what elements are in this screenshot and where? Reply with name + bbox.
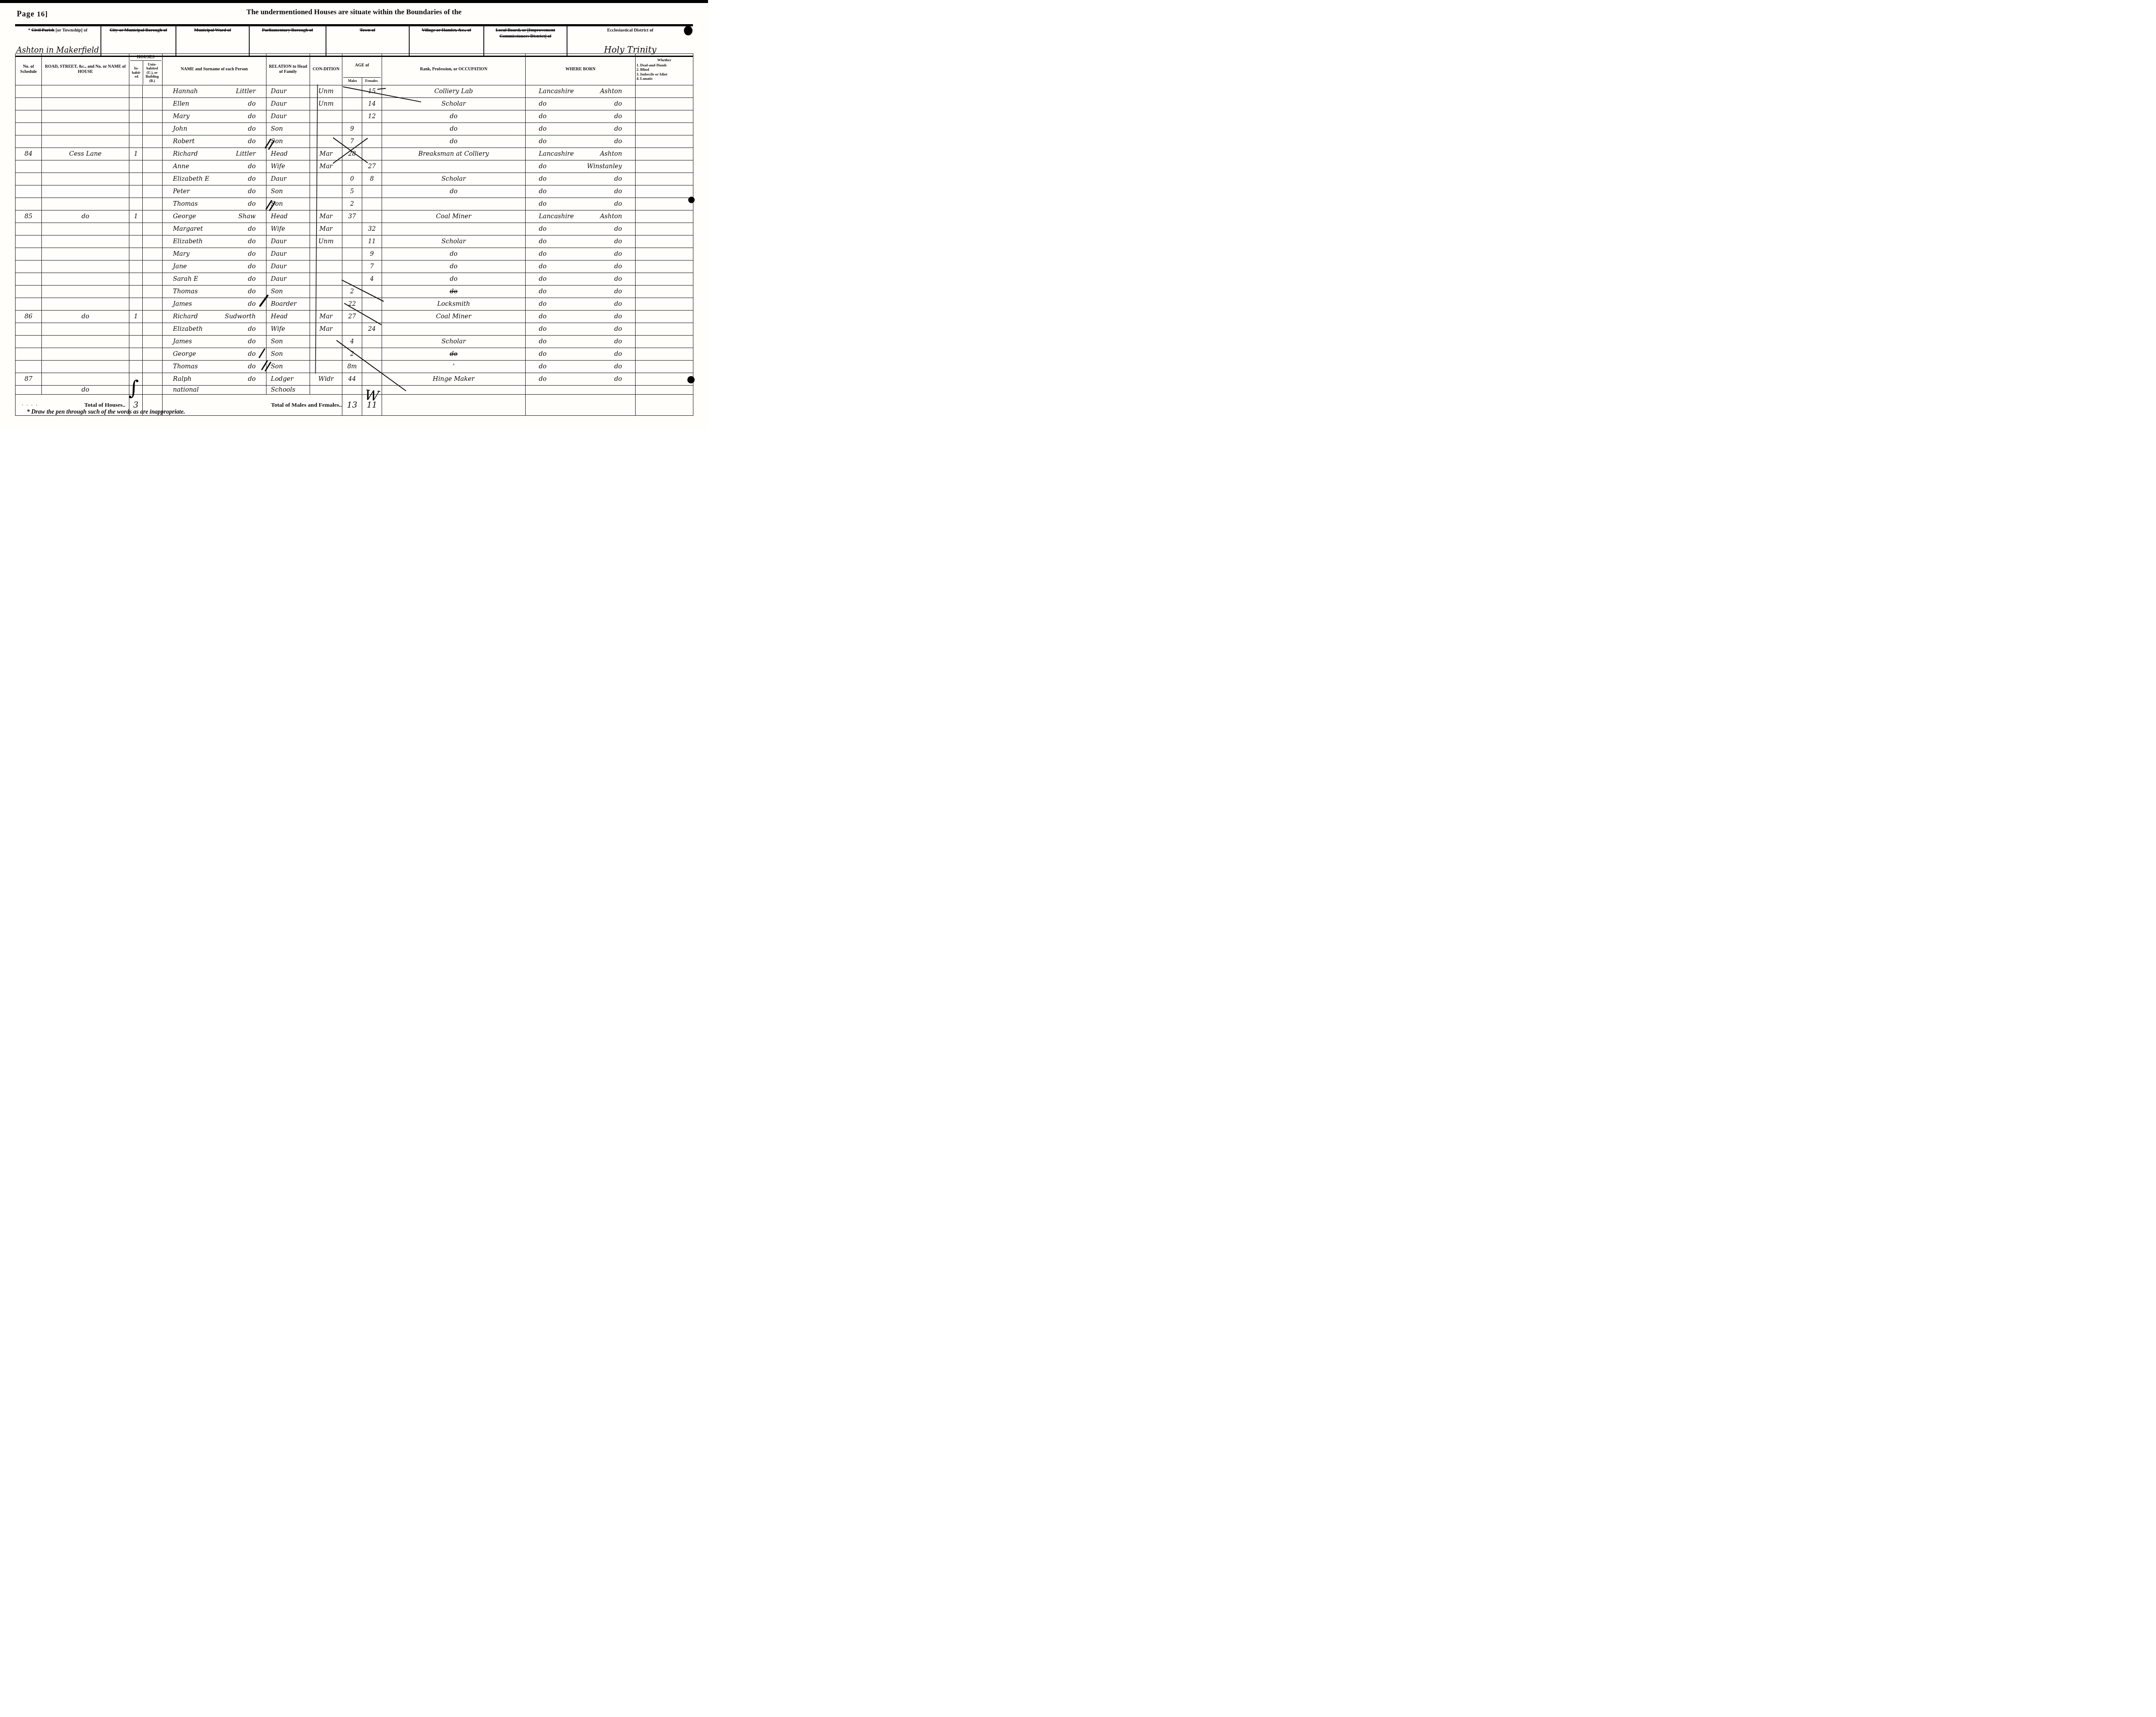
forename: James [173,301,192,308]
condition-cell [310,261,342,273]
header-box-town: Town of [326,26,410,56]
schedule-cell [16,185,42,198]
road-cell [42,261,129,273]
road-cell [42,98,129,110]
road-cell: do [42,210,129,223]
inhabited-cell [129,160,143,173]
table-row: Thomasdo Son 8m ’ dodo [16,361,693,373]
empty-cell [636,395,693,416]
table-row: 85 do 1 GeorgeShaw Head Mar 37 Coal Mine… [16,210,693,223]
table-row: Marydo Daur 9 do dodo [16,248,693,261]
forename: Richard [173,313,198,320]
infirmity-cell [636,110,693,123]
infirmity-cell [636,361,693,373]
born-county: do [539,363,546,370]
born-county: do [539,126,546,132]
name-cell: GeorgeShaw [163,210,266,223]
occupation-cell [382,223,526,235]
born-place: do [614,138,622,145]
occupation-cell: Locksmith [382,298,526,311]
occupation-cell: do [382,248,526,261]
age-female-cell [362,135,382,148]
schedule-cell [16,198,42,210]
relation-cell: Lodger [266,373,310,386]
forename: Thomas [173,288,198,295]
condition-cell [310,348,342,361]
header-box-label: Local Board, or [Improvement Commissione… [486,28,565,39]
where-born-cell: dodo [526,98,636,110]
uninhabited-cell [143,348,163,361]
occupation-cell: ’ [382,361,526,373]
forename: Ellen [173,100,189,107]
table-row: Johndo Son 9 do dodo [16,123,693,135]
age-female-cell: 32 [362,223,382,235]
surname: do [248,176,256,182]
where-born-cell: dodo [526,348,636,361]
name-cell: RichardSudworth [163,311,266,323]
name-cell: Robertdo [163,135,266,148]
uninhabited-cell [143,273,163,286]
born-place: do [614,201,622,207]
page-title: The undermentioned Houses are situate wi… [15,8,693,16]
header-box-label: * Civil Parish [or Township] of [17,28,99,34]
age-male-cell [342,248,362,261]
table-row: do national Schools [16,386,693,395]
schedule-cell: 85 [16,210,42,223]
struck-text: Municipal Ward of [194,28,231,33]
forename: Mary [173,251,190,257]
age-female-cell [362,148,382,160]
born-place: do [614,238,622,245]
whether-item: 1. Deaf-and-Dumb [636,63,692,68]
condition-cell: Mar [310,323,342,336]
name-cell: national [163,386,266,395]
forename: Richard [173,151,198,157]
infirmity-cell [636,261,693,273]
occupation-cell: Scholar [382,98,526,110]
name-cell: HannahLittler [163,85,266,98]
age-female-cell: 12 [362,110,382,123]
age-male-cell [342,223,362,235]
age-male-cell [342,386,362,395]
surname: Sudworth [225,313,256,320]
born-place: do [614,276,622,283]
condition-cell: Mar [310,311,342,323]
ink-blot [688,197,695,203]
inhabited-cell: 1 [129,311,143,323]
plain-text: Ecclesiastical District of [607,28,653,33]
infirmity-cell [636,311,693,323]
plain-text: [or Township] of [56,28,88,33]
struck-text: Village or Hamlet, &c., of [422,28,471,33]
age-female-cell: 9 [362,248,382,261]
born-place: do [614,351,622,358]
age-male-cell [342,261,362,273]
relation-cell: Boarder [266,298,310,311]
age-male-cell: 2 [342,348,362,361]
forename: George [173,213,196,220]
where-born-cell: dodo [526,336,636,348]
road-cell [42,223,129,235]
table-row: Annedo Wife Mar 27 doWinstanley [16,160,693,173]
inhabited-cell: 1 [129,148,143,160]
road-cell [42,361,129,373]
occupation-cell: Coal Miner [382,210,526,223]
table-row: Thomasdo Son 2 dodo [16,198,693,210]
born-county: do [539,100,546,107]
uninhabited-cell [143,160,163,173]
schedule-cell [16,223,42,235]
age-male-cell: 2 [342,198,362,210]
schedule-cell [16,273,42,286]
infirmity-cell [636,336,693,348]
road-cell [42,198,129,210]
born-county: Lancashire [539,88,573,95]
road-cell [42,85,129,98]
inhabited-cell [129,323,143,336]
born-place: Ashton [600,88,622,95]
age-female-cell: 11 [362,235,382,248]
condition-cell: Unm [310,235,342,248]
forename: Elizabeth [173,326,203,333]
uninhabited-cell [143,386,163,395]
infirmity-cell [636,348,693,361]
relation-cell: Daur [266,98,310,110]
schedule-cell [16,361,42,373]
table-row: 86 do 1 RichardSudworth Head Mar 27 Coal… [16,311,693,323]
surname: do [248,201,256,207]
where-born-cell: dodo [526,235,636,248]
name-cell: Marydo [163,110,266,123]
inhabited-cell [129,85,143,98]
relation-cell: Son [266,123,310,135]
condition-cell [310,198,342,210]
age-male-cell [342,160,362,173]
relation-cell: Head [266,210,310,223]
ink-dots: · · · · [22,402,38,408]
infirmity-cell [636,323,693,336]
age-female-cell [362,348,382,361]
name-cell: Peterdo [163,185,266,198]
age-female-cell: 14 [362,98,382,110]
surname: do [248,100,256,107]
forename: James [173,338,192,345]
col-header-where-born: WHERE BORN [526,54,636,85]
table-row: Janedo Daur 7 do dodo [16,261,693,273]
census-page: Page 16] The undermentioned Houses are s… [0,0,708,429]
name-cell: Jamesdo [163,298,266,311]
uninhabited-cell [143,323,163,336]
condition-cell [310,386,342,395]
uninhabited-cell [143,185,163,198]
road-cell [42,135,129,148]
born-county: do [539,251,546,257]
forename: Mary [173,113,190,120]
age-male-cell: 37 [342,210,362,223]
condition-cell [310,173,342,185]
where-born-cell: dodo [526,248,636,261]
forename: Robert [173,138,194,145]
forename: George [173,351,196,358]
inhabited-cell [129,336,143,348]
table-header: No. of Schedule ROAD, STREET, &c., and N… [16,54,693,85]
surname: do [248,138,256,145]
header-box-label: Village or Hamlet, &c., of [411,28,482,34]
relation-cell: Wife [266,223,310,235]
uninhabited-cell [143,361,163,373]
name-cell: Thomasdo [163,198,266,210]
table-row: Elizabethdo Wife Mar 24 dodo [16,323,693,336]
uninhabited-cell [143,336,163,348]
uninhabited-cell [143,373,163,386]
age-female-cell [362,298,382,311]
where-born-cell [526,386,636,395]
road-cell [42,235,129,248]
col-header-males: Males [343,78,362,85]
relation-cell: Son [266,361,310,373]
header-box-label: Parliamentary Borough of [251,28,324,34]
infirmity-cell [636,235,693,248]
header-box-municipal-ward: Municipal Ward of [176,26,250,56]
col-header-houses: HOUSES In-habit-ed Unin-habited (U.), or… [129,54,163,85]
infirmity-cell [636,198,693,210]
surname: do [248,338,256,345]
born-county: do [539,138,546,145]
surname: Shaw [238,213,256,220]
inhabited-cell [129,98,143,110]
whether-title: Whether [636,58,692,62]
uninhabited-cell [143,248,163,261]
name-cell: Annedo [163,160,266,173]
age-female-cell: 24 [362,323,382,336]
ink-blot [687,376,695,383]
age-male-cell: 9 [342,123,362,135]
name-cell: RichardLittler [163,148,266,160]
schedule-cell: 87 [16,373,42,386]
col-header-name: NAME and Surname of each Person [163,54,266,85]
age-male-cell: 44 [342,373,362,386]
whether-item: 2. Blind [636,67,692,72]
age-male-cell: 2 [342,286,362,298]
name-cell: Jamesdo [163,336,266,348]
name-cell: Elizabethdo [163,235,266,248]
age-male-cell [342,323,362,336]
road-cell [42,110,129,123]
surname: do [248,113,256,120]
header-box-label: Ecclesiastical District of [569,28,691,34]
ink-blot [684,26,693,35]
footnote: * Draw the pen through such of the words… [27,409,185,416]
relation-cell: Daur [266,110,310,123]
scan-edge-strip [0,0,708,3]
where-born-cell: dodo [526,373,636,386]
inhabited-cell [129,198,143,210]
table-row: Elizabeth Edo Daur 0 8 Scholar dodo [16,173,693,185]
infirmity-cell [636,98,693,110]
relation-cell: Daur [266,235,310,248]
uninhabited-cell [143,298,163,311]
forename: Jane [173,263,187,270]
occupation-cell [382,386,526,395]
table-row: Sarah Edo Daur 4 do dodo [16,273,693,286]
age-female-cell: 8 [362,173,382,185]
occupation-cell: Scholar [382,235,526,248]
where-born-cell: dodo [526,198,636,210]
page-head: Page 16] The undermentioned Houses are s… [15,6,693,22]
condition-cell [310,185,342,198]
table-row: Peterdo Son 5 do dodo [16,185,693,198]
schedule-cell [16,248,42,261]
where-born-cell: dodo [526,286,636,298]
road-cell [42,323,129,336]
age-female-cell: 4 [362,273,382,286]
header-box-civil-parish: * Civil Parish [or Township] of Ashton i… [15,26,101,56]
table-row: HannahLittler Daur Unm 15 Colliery Lab L… [16,85,693,98]
infirmity-cell [636,298,693,311]
schedule-cell [16,286,42,298]
road-cell [42,248,129,261]
road-cell [42,185,129,198]
road-cell [42,173,129,185]
age-female-cell [362,210,382,223]
forename: Ralph [173,376,191,383]
name-cell: Sarah Edo [163,273,266,286]
inhabited-cell [129,298,143,311]
relation-cell: Head [266,148,310,160]
born-county: do [539,163,546,170]
header-box-parliamentary-borough: Parliamentary Borough of [250,26,326,56]
born-place: Winstanley [587,163,622,170]
surname: do [248,188,256,195]
condition-cell [310,286,342,298]
forename: Anne [173,163,189,170]
table-row: Thomasdo Son 2 do dodo [16,286,693,298]
name-cell: Ellendo [163,98,266,110]
born-place: do [614,113,622,120]
born-county: do [539,263,546,270]
surname: do [248,251,256,257]
born-county: do [539,188,546,195]
occupation-cell: Breaksman at Colliery [382,148,526,160]
age-female-cell [362,336,382,348]
born-place: do [614,313,622,320]
uninhabited-cell [143,311,163,323]
relation-cell: Son [266,348,310,361]
infirmity-cell [636,210,693,223]
inhabited-cell [129,223,143,235]
occupation-cell: do [382,135,526,148]
surname: do [248,363,256,370]
where-born-cell: dodo [526,323,636,336]
born-place: do [614,188,622,195]
infirmity-cell [636,185,693,198]
surname: do [248,301,256,308]
inhabited-cell [129,173,143,185]
condition-cell [310,110,342,123]
inhabited-cell [129,110,143,123]
born-county: do [539,338,546,345]
schedule-cell: 84 [16,148,42,160]
schedule-cell [16,123,42,135]
col-header-females: Females [362,78,381,85]
age-male-cell: 8m [342,361,362,373]
occupation-cell: Coal Miner [382,311,526,323]
born-place: do [614,326,622,333]
surname: do [248,351,256,358]
name-cell: Thomasdo [163,361,266,373]
occupation-cell: do [382,123,526,135]
where-born-cell: dodo [526,123,636,135]
age-female-cell [362,198,382,210]
schedule-cell [16,298,42,311]
inhabited-cell [129,123,143,135]
infirmity-cell [636,148,693,160]
forename: Margaret [173,226,203,232]
header-box-municipal-borough: City or Municipal Borough of [101,26,176,56]
occupation-cell: do [382,286,526,298]
where-born-cell: LancashireAshton [526,85,636,98]
occupation-cell: Scholar [382,336,526,348]
born-county: do [539,301,546,308]
where-born-cell: dodo [526,261,636,273]
forename: Sarah E [173,276,198,283]
relation-cell: Son [266,286,310,298]
table-row: Margaretdo Wife Mar 32 dodo [16,223,693,235]
age-male-cell [342,110,362,123]
born-place: Ashton [600,151,622,157]
forename: Peter [173,188,190,195]
schedule-cell [16,173,42,185]
inhabited-cell [129,286,143,298]
condition-cell [310,248,342,261]
condition-cell: Mar [310,148,342,160]
inhabited-cell [129,348,143,361]
born-place: Ashton [600,213,622,220]
infirmity-cell [636,373,693,386]
total-houses-label: Total of Houses.. [84,402,125,408]
inhabited-cell [129,135,143,148]
col-header-relation: RELATION to Head of Family [266,54,310,85]
forename: John [173,126,187,132]
col-header-road: ROAD, STREET, &c., and No. or NAME of HO… [42,54,129,85]
uninhabited-cell [143,286,163,298]
header-box-local-board: Local Board, or [Improvement Commissione… [484,26,567,56]
uninhabited-cell [143,210,163,223]
struck-text: City or Municipal Borough of [110,28,167,33]
surname: do [248,126,256,132]
where-born-cell: doWinstanley [526,160,636,173]
inhabited-cell [129,185,143,198]
road-cell [42,348,129,361]
occupation-cell [382,160,526,173]
born-county: do [539,326,546,333]
age-female-cell: 7 [362,261,382,273]
name-cell: Janedo [163,261,266,273]
forename: Elizabeth E [173,176,209,182]
uninhabited-cell [143,85,163,98]
forename: Thomas [173,201,198,207]
occupation-cell [382,323,526,336]
occupation-cell: Colliery Lab [382,85,526,98]
schedule-cell [16,110,42,123]
age-female-cell: 27 [362,160,382,173]
uninhabited-cell [143,198,163,210]
uninhabited-cell [143,173,163,185]
struck-text: Local Board, or [Improvement Commissione… [496,28,555,39]
condition-cell [310,298,342,311]
name-cell: Georgedo [163,348,266,361]
where-born-cell: dodo [526,185,636,198]
